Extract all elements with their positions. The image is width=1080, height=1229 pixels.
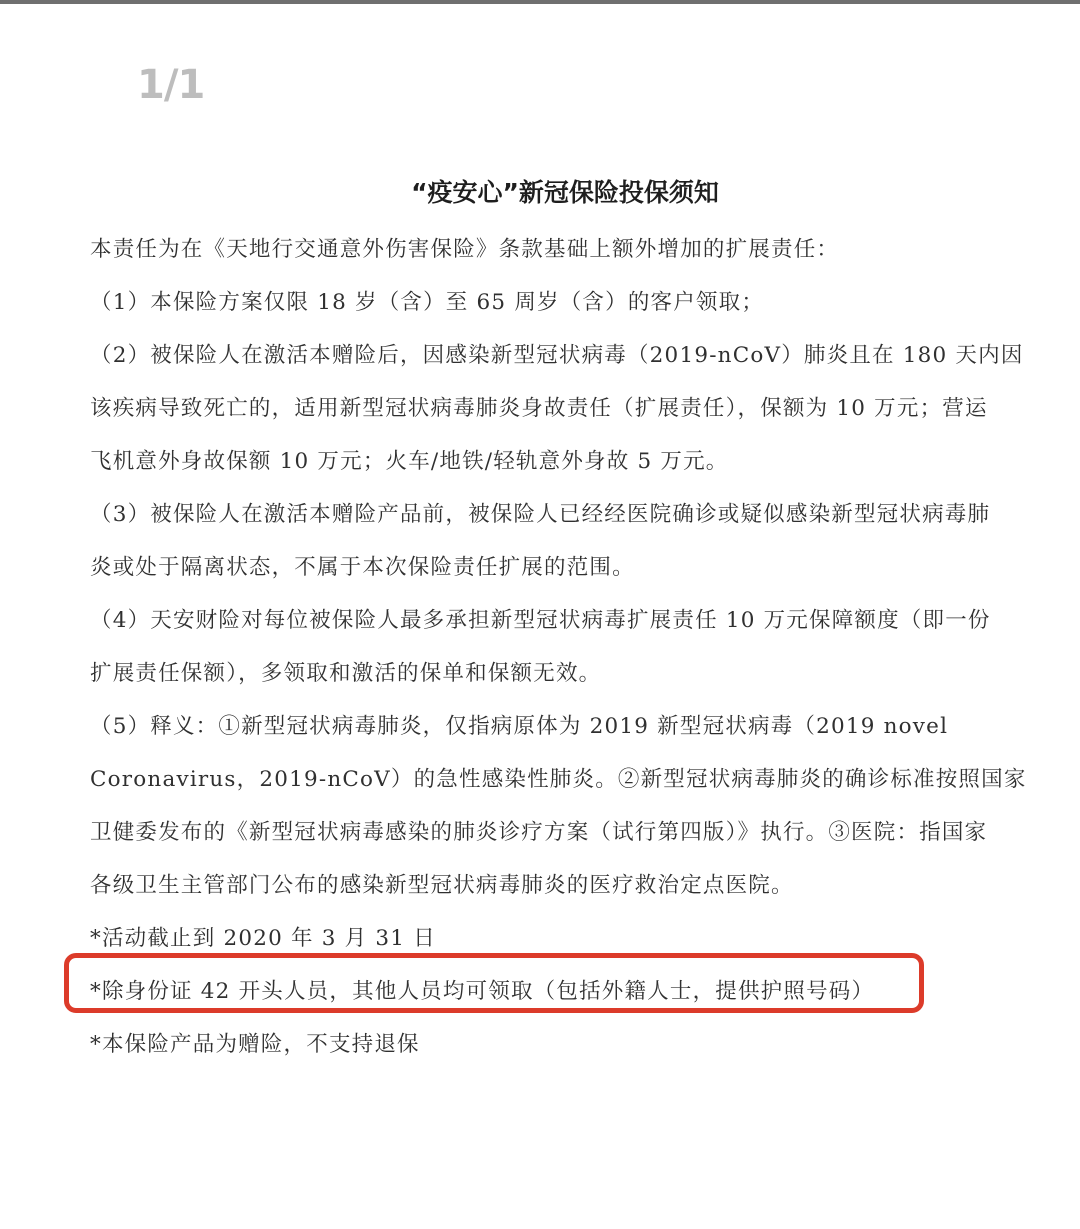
- clause-5-line-4: 各级卫生主管部门公布的感染新型冠状病毒肺炎的医疗救治定点医院。: [90, 868, 794, 899]
- clause-5-line-1: （5）释义：①新型冠状病毒肺炎，仅指病原体为 2019 新型冠状病毒（2019 …: [90, 709, 948, 740]
- clause-3-line-1: （3）被保险人在激活本赠险产品前，被保险人已经经医院确诊或疑似感染新型冠状病毒肺: [90, 497, 990, 528]
- note-deadline: *活动截止到 2020 年 3 月 31 日: [90, 921, 436, 952]
- clause-5-line-2: Coronavirus，2019-nCoV）的急性感染性肺炎。②新型冠状病毒肺炎…: [90, 762, 1027, 793]
- clause-2-line-1: （2）被保险人在激活本赠险后，因感染新型冠状病毒（2019-nCoV）肺炎且在 …: [90, 338, 1024, 369]
- red-highlight-box: [64, 953, 924, 1013]
- intro-line: 本责任为在《天地行交通意外伤害保险》条款基础上额外增加的扩展责任：: [90, 232, 839, 263]
- clause-5-line-3: 卫健委发布的《新型冠状病毒感染的肺炎诊疗方案（试行第四版）》执行。③医院：指国家: [90, 815, 987, 846]
- clause-4-line-2: 扩展责任保额），多领取和激活的保单和保额无效。: [90, 656, 601, 687]
- clause-2-line-2: 该疾病导致死亡的，适用新型冠状病毒肺炎身故责任（扩展责任），保额为 10 万元；…: [90, 391, 988, 422]
- clause-3-line-2: 炎或处于隔离状态，不属于本次保险责任扩展的范围。: [90, 550, 635, 581]
- note-no-refund: *本保险产品为赠险，不支持退保: [90, 1027, 420, 1058]
- document-title: “疫安心”新冠保险投保须知: [90, 173, 1040, 209]
- clause-4-line-1: （4）天安财险对每位被保险人最多承担新型冠状病毒扩展责任 10 万元保障额度（即…: [90, 603, 991, 634]
- clause-2-line-3: 飞机意外身故保额 10 万元；火车/地铁/轻轨意外身故 5 万元。: [90, 444, 728, 475]
- top-bar: [0, 0, 1080, 4]
- page-indicator: 1/1: [137, 62, 204, 108]
- clause-1: （1）本保险方案仅限 18 岁（含）至 65 周岁（含）的客户领取；: [90, 285, 764, 316]
